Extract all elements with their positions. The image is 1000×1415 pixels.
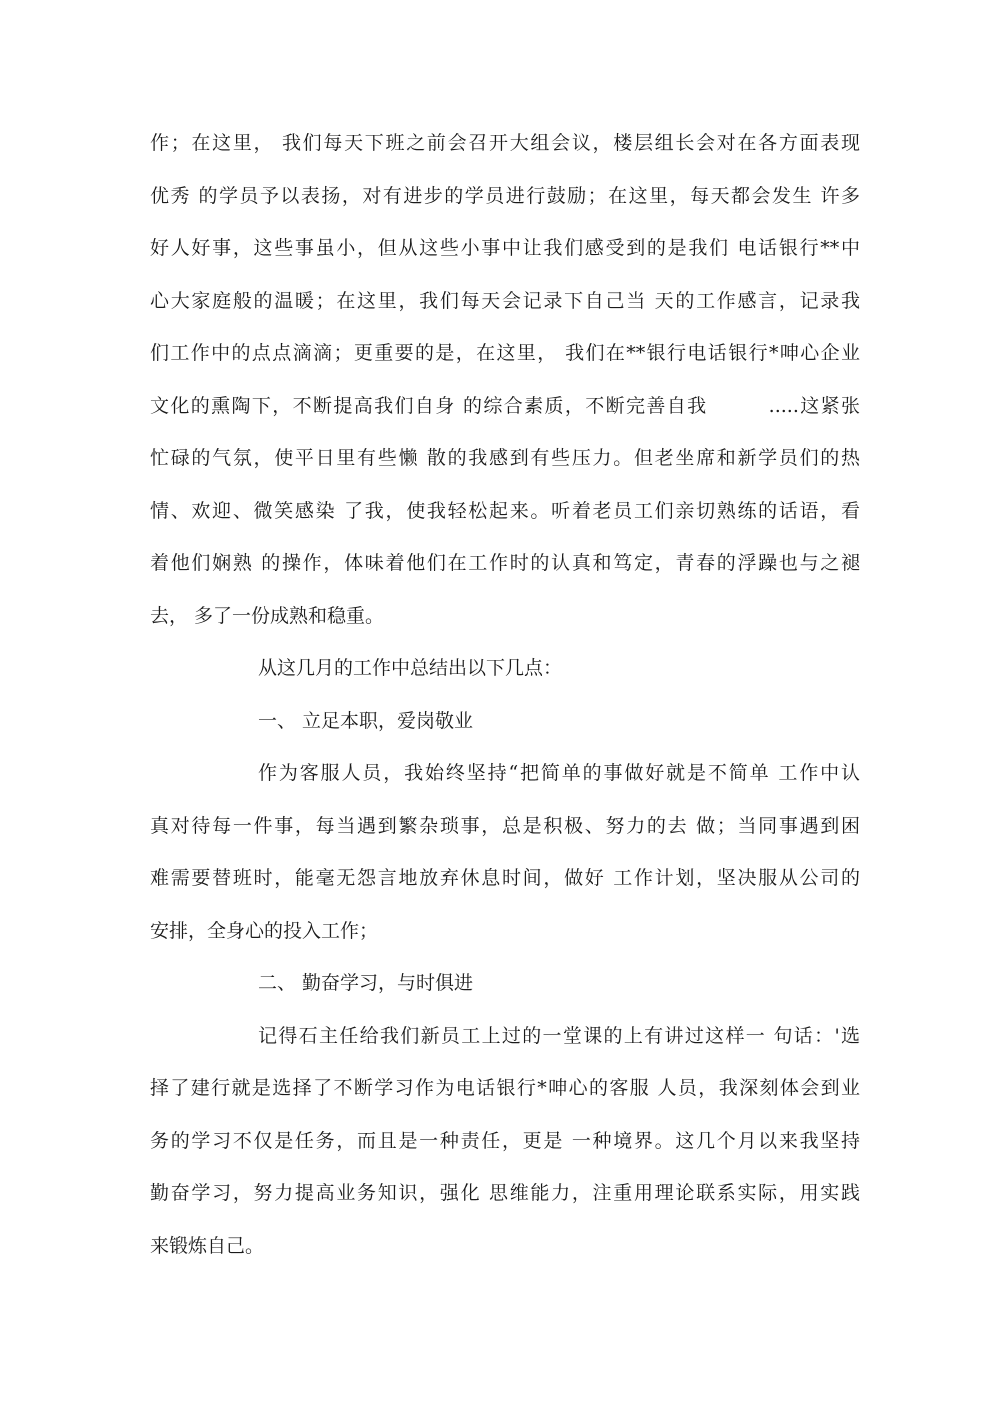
body-text-line: 忙碌的气氛，使平日里有些懒 散的我感到有些压力。但老坐席和新学员们的热 xyxy=(150,443,860,473)
paragraph-start-line: 记得石主任给我们新员工上过的一堂课的上有讲过这样一 句话：'选 xyxy=(258,1021,860,1051)
paragraph-end-line: 来锻炼自己。 xyxy=(150,1231,860,1261)
body-text-line: 们工作中的点点滴滴；更重要的是，在这里， 我们在**银行电话银行*呻心企业 xyxy=(150,338,860,368)
body-text-line: 文化的熏陶下，不断提高我们自身 的综合素质，不断完善自我 .....这紧张 xyxy=(150,391,860,421)
document-page: 作；在这里， 我们每天下班之前会召开大组会议，楼层组长会对在各方面表现 优秀 的… xyxy=(0,0,1000,1415)
body-text-line: 心大家庭般的温暖；在这里，我们每天会记录下自己当 天的工作感言，记录我 xyxy=(150,286,860,316)
paragraph-start-line: 作为客服人员，我始终坚持“把简单的事做好就是不简单 工作中认 xyxy=(258,758,860,788)
summary-intro: 从这几月的工作中总结出以下几点： xyxy=(258,653,860,683)
body-text-line: 好人好事，这些事虽小，但从这些小事中让我们感受到的是我们 电话银行**中 xyxy=(150,233,860,263)
paragraph-end-line: 去， 多了一份成熟和稳重。 xyxy=(150,601,860,631)
body-text-line: 情、欢迎、微笑感染 了我，使我轻松起来。听着老员工们亲切熟练的话语，看 xyxy=(150,496,860,526)
body-text-line: 作；在这里， 我们每天下班之前会召开大组会议，楼层组长会对在各方面表现 xyxy=(150,128,860,158)
body-text-line: 优秀 的学员予以表扬，对有进步的学员进行鼓励；在这里，每天都会发生 许多 xyxy=(150,181,860,211)
body-text-line: 择了建行就是选择了不断学习作为电话银行*呻心的客服 人员，我深刻体会到业 xyxy=(150,1073,860,1103)
body-text-line: 勤奋学习，努力提高业务知识，强化 思维能力，注重用理论联系实际，用实践 xyxy=(150,1178,860,1208)
body-text-line: 难需要替班时，能毫无怨言地放弃休息时间，做好 工作计划，坚决服从公司的 xyxy=(150,863,860,893)
section-heading-1: 一、 立足本职，爱岗敬业 xyxy=(258,706,860,736)
section-heading-2: 二、 勤奋学习，与时俱进 xyxy=(258,968,860,998)
body-text-line: 着他们娴熟 的操作，体味着他们在工作时的认真和笃定，青春的浮躁也与之褪 xyxy=(150,548,860,578)
paragraph-end-line: 安排，全身心的投入工作； xyxy=(150,916,860,946)
body-text-line: 务的学习不仅是任务，而且是一种责任，更是 一种境界。这几个月以来我坚持 xyxy=(150,1126,860,1156)
body-text-line: 真对待每一件事，每当遇到繁杂琐事，总是积极、努力的去 做；当同事遇到困 xyxy=(150,811,860,841)
